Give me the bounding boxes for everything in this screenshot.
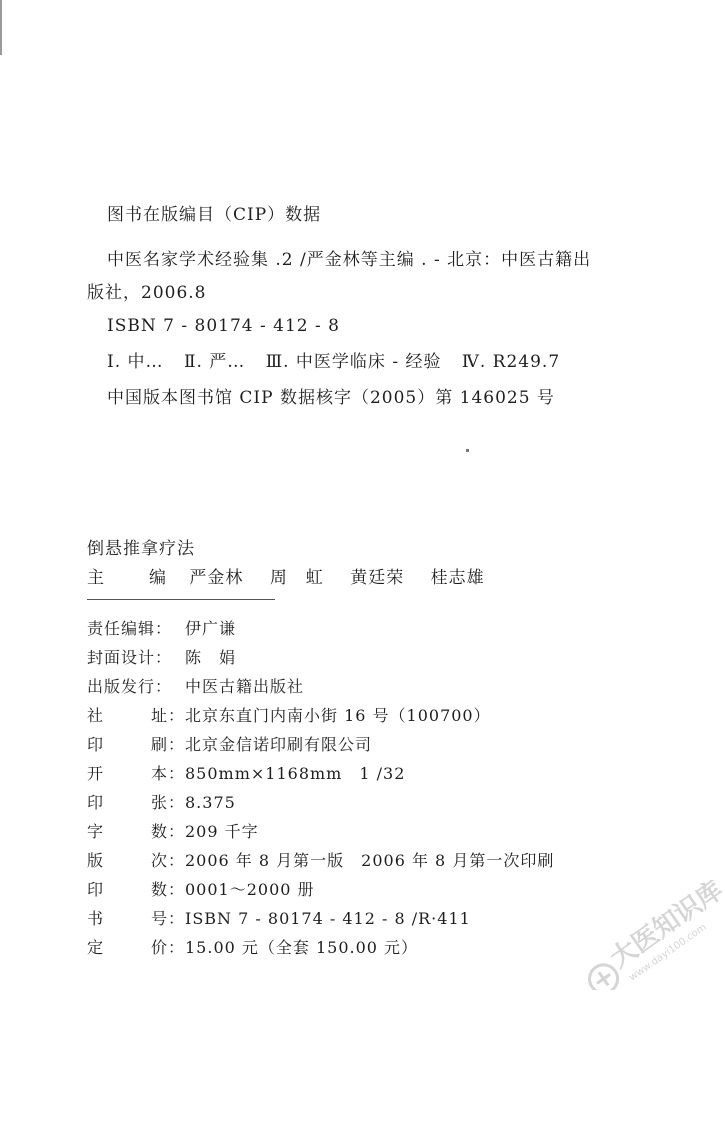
imprint-row: 印数：0001～2000 册 (87, 879, 315, 901)
imprint-key: 社址： (87, 705, 185, 727)
editor-label-2: 编 (149, 567, 183, 589)
cip-heading: 图书在版编目（CIP）数据 (107, 204, 321, 226)
imprint-row: 出版发行：中医古籍出版社 (87, 676, 304, 698)
imprint-row: 封面设计：陈 娟 (87, 647, 236, 669)
imprint-key-part: 责任编辑： (87, 618, 172, 640)
imprint-key: 出版发行： (87, 676, 185, 698)
watermark-logo-icon: 大医知识库 www.dayi100.com (555, 880, 725, 990)
editor-name: 严金林 (189, 568, 243, 588)
imprint-key-part: 印 (87, 734, 104, 756)
imprint-value: 北京东直门内南小街 16 号（100700） (185, 705, 491, 727)
imprint-key-part: 书 (87, 908, 104, 930)
editor-name: 桂志雄 (431, 568, 485, 588)
imprint-row: 社址：北京东直门内南小街 16 号（100700） (87, 705, 491, 727)
imprint-key-part: 版 (87, 850, 104, 872)
imprint-key-part: 址： (151, 705, 185, 727)
chief-editors: 主编 严金林 周 虹 黄廷荣 桂志雄 (87, 567, 505, 589)
imprint-key: 版次： (87, 850, 185, 872)
imprint-key-part: 印 (87, 792, 104, 814)
editor-name: 周 虹 (270, 568, 324, 588)
imprint-key: 定价： (87, 937, 185, 959)
imprint-key: 字数： (87, 821, 185, 843)
imprint-key: 印刷： (87, 734, 185, 756)
imprint-value: 8.375 (185, 792, 236, 814)
scan-edge-mark (0, 0, 2, 55)
imprint-row: 责任编辑：伊广谦 (87, 618, 236, 640)
class-4: Ⅳ. R249.7 (462, 352, 560, 372)
imprint-value: 2006 年 8 月第一版 2006 年 8 月第一次印刷 (185, 850, 554, 872)
imprint-row: 字数：209 千字 (87, 821, 259, 843)
imprint-row: 印刷：北京金信诺印刷有限公司 (87, 734, 372, 756)
imprint-key-part: 张： (151, 792, 185, 814)
imprint-row: 书号：ISBN 7 - 80174 - 412 - 8 /R·411 (87, 908, 471, 930)
imprint-key-part: 字 (87, 821, 104, 843)
imprint-value: 15.00 元（全套 150.00 元） (185, 937, 418, 959)
imprint-value: 北京金信诺印刷有限公司 (185, 734, 372, 756)
imprint-key-part: 价： (151, 937, 185, 959)
imprint-value: 209 千字 (185, 821, 259, 843)
imprint-value: 0001～2000 册 (185, 879, 315, 901)
imprint-key-part: 数： (151, 821, 185, 843)
imprint-value: 中医古籍出版社 (185, 676, 304, 698)
imprint-key-part: 刷： (151, 734, 185, 756)
scan-speck (466, 449, 469, 452)
imprint-key-part: 定 (87, 937, 104, 959)
imprint-row: 定价：15.00 元（全套 150.00 元） (87, 937, 418, 959)
cip-isbn: ISBN 7 - 80174 - 412 - 8 (107, 315, 340, 337)
divider-rule (87, 599, 275, 600)
cip-entry-line-2: 版社，2006.8 (87, 282, 206, 304)
imprint-key: 责任编辑： (87, 618, 185, 640)
imprint-value: ISBN 7 - 80174 - 412 - 8 /R·411 (185, 908, 471, 930)
cip-classification: Ⅰ. 中… Ⅱ. 严… Ⅲ. 中医学临床 - 经验 Ⅳ. R249.7 (107, 351, 574, 373)
imprint-row: 版次：2006 年 8 月第一版 2006 年 8 月第一次印刷 (87, 850, 554, 872)
class-1: Ⅰ. 中… (107, 352, 164, 372)
imprint-key: 印张： (87, 792, 185, 814)
imprint-row: 印张：8.375 (87, 792, 236, 814)
cip-approval-note: 中国版本图书馆 CIP 数据核字（2005）第 146025 号 (107, 387, 555, 409)
book-title: 倒悬推拿疗法 (87, 538, 195, 560)
imprint-key-part: 号： (151, 908, 185, 930)
imprint-key-part: 出版发行： (87, 676, 172, 698)
imprint-key-part: 开 (87, 763, 104, 785)
class-2: Ⅱ. 严… (184, 352, 245, 372)
imprint-key-part: 社 (87, 705, 104, 727)
imprint-key-part: 封面设计： (87, 647, 172, 669)
imprint-value: 伊广谦 (185, 618, 236, 640)
imprint-key-part: 本： (151, 763, 185, 785)
imprint-row: 开本：850mm×1168mm 1 /32 (87, 763, 405, 785)
imprint-key: 开本： (87, 763, 185, 785)
imprint-value: 850mm×1168mm 1 /32 (185, 763, 405, 785)
imprint-key: 印数： (87, 879, 185, 901)
imprint-key-part: 数： (151, 879, 185, 901)
imprint-key: 书号： (87, 908, 185, 930)
cip-entry-line-1: 中医名家学术经验集 .2 /严金林等主编 . - 北京：中医古籍出 (107, 249, 591, 271)
imprint-key: 封面设计： (87, 647, 185, 669)
imprint-value: 陈 娟 (185, 647, 236, 669)
imprint-key-part: 印 (87, 879, 104, 901)
imprint-key-part: 次： (151, 850, 185, 872)
class-3: Ⅲ. 中医学临床 - 经验 (266, 352, 442, 372)
editor-label-1: 主 (87, 567, 149, 589)
editor-name: 黄廷荣 (350, 568, 404, 588)
